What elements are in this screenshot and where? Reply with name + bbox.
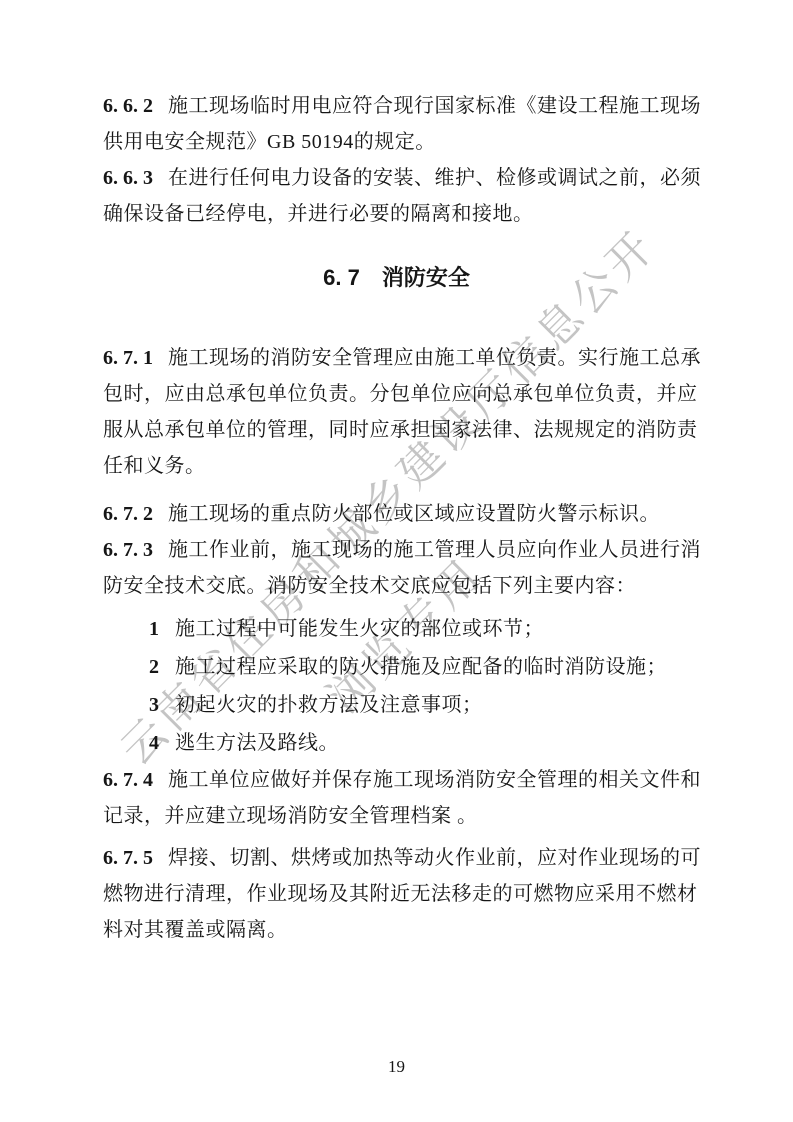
page-number: 19 [0,1057,793,1077]
clause-number: 6. 7. 2 [103,503,153,525]
clause-line: 6. 7. 3施工作业前，施工现场的施工管理人员应向作业人员进行消 [103,532,690,568]
list-item-number: 1 [149,618,159,640]
list-item-text: 施工过程中可能发生火灾的部位或环节； [175,618,544,640]
clause-line: 服从总承包单位的管理，同时应承担国家法律、法规规定的消防责 [103,412,690,448]
clause-line: 记录，并应建立现场消防安全管理档案 。 [103,798,690,834]
clause-text: 施工现场的消防安全管理应由施工单位负责。实行施工总承 [168,347,701,369]
clause-text: 在进行任何电力设备的安装、维护、检修或调试之前，必须 [168,167,701,189]
clause-text: 施工现场的重点防火部位或区域应设置防火警示标识。 [168,503,660,525]
clause-number: 6. 7. 5 [103,847,153,869]
list-item: 4逃生方法及路线。 [103,724,690,762]
list-item: 1施工过程中可能发生火灾的部位或环节； [103,610,690,648]
clause-text: 焊接、切割、烘烤或加热等动火作业前，应对作业现场的可 [168,847,701,869]
clause: 6. 7. 4施工单位应做好并保存施工现场消防安全管理的相关文件和记录，并应建立… [103,762,690,834]
clause-text: 施工单位应做好并保存施工现场消防安全管理的相关文件和 [168,769,701,791]
clause-line: 6. 7. 2施工现场的重点防火部位或区域应设置防火警示标识。 [103,496,690,532]
clause-number: 6. 7. 3 [103,539,153,561]
list-item: 3初起火灾的扑救方法及注意事项； [103,686,690,724]
clause-line: 确保设备已经停电，并进行必要的隔离和接地。 [103,196,690,232]
clause-number: 6. 7. 4 [103,769,153,791]
clause-line: 6. 7. 5焊接、切割、烘烤或加热等动火作业前，应对作业现场的可 [103,840,690,876]
section-heading: 6. 7消防安全 [103,260,690,296]
clause-line: 6. 7. 4施工单位应做好并保存施工现场消防安全管理的相关文件和 [103,762,690,798]
clause-line: 6. 6. 3在进行任何电力设备的安装、维护、检修或调试之前，必须 [103,160,690,196]
list-item-number: 3 [149,694,159,716]
clause-line: 料对其覆盖或隔离。 [103,912,690,948]
clause: 6. 7. 5焊接、切割、烘烤或加热等动火作业前，应对作业现场的可燃物进行清理，… [103,840,690,948]
clause: 6. 7. 2施工现场的重点防火部位或区域应设置防火警示标识。 [103,496,690,532]
clause: 6. 7. 3施工作业前，施工现场的施工管理人员应向作业人员进行消防安全技术交底… [103,532,690,604]
list-item: 2施工过程应采取的防火措施及应配备的临时消防设施； [103,648,690,686]
list-item-text: 初起火灾的扑救方法及注意事项； [175,694,483,716]
clause: 6. 6. 2施工现场临时用电应符合现行国家标准《建设工程施工现场供用电安全规范… [103,88,690,160]
list-item-text: 逃生方法及路线。 [175,732,339,754]
clause-line: 供用电安全规范》GB 50194的规定。 [103,124,690,160]
clause-number: 6. 6. 3 [103,167,153,189]
document-page: 云南省住房和城乡建设厅信息公开 浏览专用 6. 6. 2施工现场临时用电应符合现… [0,0,793,1122]
document-content: 6. 6. 2施工现场临时用电应符合现行国家标准《建设工程施工现场供用电安全规范… [103,88,690,948]
clause-line: 6. 6. 2施工现场临时用电应符合现行国家标准《建设工程施工现场 [103,88,690,124]
clause-text: 施工现场临时用电应符合现行国家标准《建设工程施工现场 [168,95,701,117]
clause-line: 任和义务。 [103,448,690,484]
section-heading-number: 6. 7 [323,265,360,290]
list-item-number: 4 [149,732,159,754]
numbered-list: 1施工过程中可能发生火灾的部位或环节；2施工过程应采取的防火措施及应配备的临时消… [103,610,690,762]
clause-line: 防安全技术交底。消防安全技术交底应包括下列主要内容： [103,568,690,604]
clause-line: 6. 7. 1施工现场的消防安全管理应由施工单位负责。实行施工总承 [103,340,690,376]
list-item-number: 2 [149,656,159,678]
clause-number: 6. 6. 2 [103,95,153,117]
list-item-text: 施工过程应采取的防火措施及应配备的临时消防设施； [175,656,667,678]
clause-text: 施工作业前，施工现场的施工管理人员应向作业人员进行消 [168,539,701,561]
clause: 6. 7. 1施工现场的消防安全管理应由施工单位负责。实行施工总承包时，应由总承… [103,340,690,484]
clause: 6. 6. 3在进行任何电力设备的安装、维护、检修或调试之前，必须确保设备已经停… [103,160,690,232]
clause-line: 燃物进行清理，作业现场及其附近无法移走的可燃物应采用不燃材 [103,876,690,912]
clause-number: 6. 7. 1 [103,347,153,369]
clause-line: 包时，应由总承包单位负责。分包单位应向总承包单位负责，并应 [103,376,690,412]
section-heading-title: 消防安全 [382,265,470,290]
